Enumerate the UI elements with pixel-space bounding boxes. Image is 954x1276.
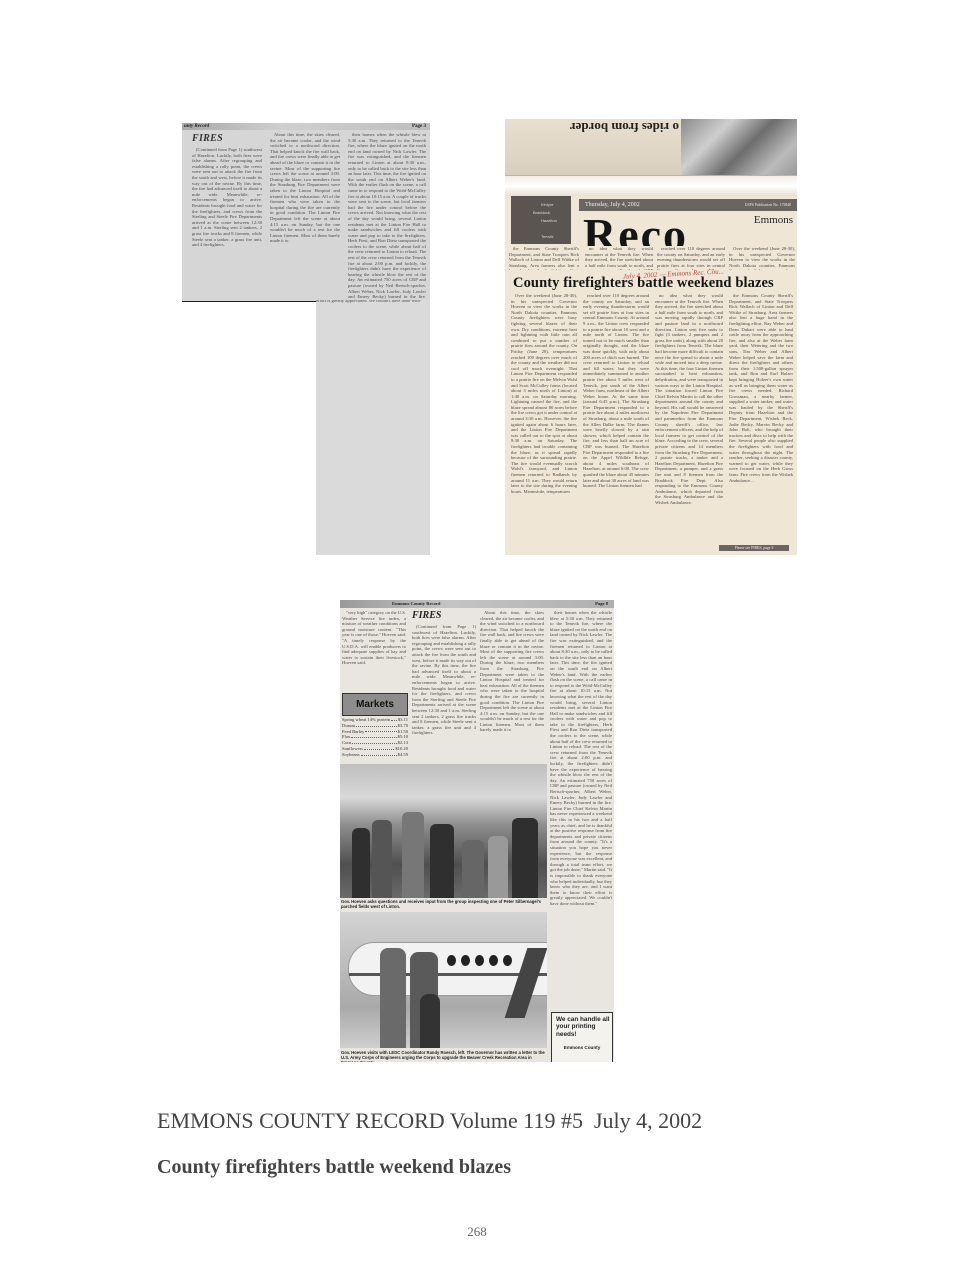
clipping-3-section-title: FIRES [412, 610, 441, 621]
clipping-1-column-2: About this time, the skies cleared, the … [270, 132, 340, 297]
clipping-2-column-1: Over the weekend (June 28-30), in his un… [511, 293, 577, 551]
photo-governor-airplane [340, 912, 547, 1048]
town-label: Temvik [541, 234, 553, 239]
clipping-2-snippet: reached over 110 degrees around the coun… [657, 246, 725, 270]
clipping-1-page-label: Page 3 [412, 123, 426, 130]
clipping-3-column-3: their homes when the whistle blew at 5:3… [550, 610, 612, 1010]
clipping-3-page-label: Page 8 [595, 600, 608, 608]
clipping-2-masthead-big: Reco [583, 212, 688, 246]
clipping-2-upper-folded-page: o rides from border [505, 119, 797, 175]
clipping-2-fold [505, 175, 797, 196]
markets-list: Spring wheat 14% protein$3.11 Durum$3.70… [342, 717, 408, 758]
clipping-1-column-3-continued: their homes when the whistle blew at 5:3… [316, 300, 426, 555]
clipping-2-column-2: reached over 110 degrees around the coun… [583, 293, 649, 551]
clipping-2-map-box: Kintyre Braddock Hazelton Temvik [511, 196, 571, 244]
clipping-2-continued-band: Please see FIRES, page 3 [719, 545, 789, 551]
town-label: Braddock [533, 210, 550, 215]
clipping-2-masthead-word: Emmons [754, 214, 793, 226]
clipping-1-column-3: their homes when the whistle blew at 5:3… [348, 132, 426, 300]
clipping-2-top-photo [681, 119, 797, 175]
town-label: Kintyre [541, 202, 553, 207]
clipping-1-header-left: unty Record [184, 123, 209, 130]
clipping-2-front-page: o rides from border Kintyre Braddock Haz… [505, 119, 797, 555]
clipping-2-inverted-headline: o rides from border [509, 121, 679, 134]
clipping-1-header: unty Record Page 3 [182, 123, 430, 130]
publication-line: EMMONS COUNTY RECORD Volume 119 #5 July … [157, 1108, 702, 1134]
clipping-1-section-title: FIRES [192, 133, 223, 144]
clipping-2-date-band: Thursday, July 4, 2002 USPS Publication … [579, 199, 797, 211]
clipping-2-column-4: the Emmons County Sheriff's Department, … [729, 293, 793, 541]
clipping-2-usps: USPS Publication No. 175840 [745, 199, 791, 211]
clipping-3-column-2: About this time, the skies cleared, the … [480, 610, 544, 762]
clipping-2-column-3: no idea what they would encounter at the… [655, 293, 723, 551]
clipping-3-column-1: (Continued from Page 1) southwest of Haz… [412, 624, 476, 762]
clipping-3-header-title: Emmons County Record [392, 600, 441, 608]
printing-ad: We can handle all your printing needs! E… [551, 1012, 613, 1062]
clipping-2-snippet: the Emmons County Sheriff's Department, … [509, 246, 579, 270]
printing-ad-sub: Emmons County [552, 1045, 612, 1051]
markets-heading: Markets [342, 693, 408, 716]
photo-1-caption: Gov. Hoeven asks questions and receives … [341, 899, 547, 909]
photo-2-caption: Gov. Hoeven visits with LEDC Coordinator… [341, 1050, 547, 1062]
clipping-1-column-1: (Continued from Page 1) southwest of Haz… [192, 147, 262, 297]
printing-ad-text: We can handle all your printing needs! [556, 1016, 610, 1038]
clipping-2-snippet: no idea what they would encounter at the… [585, 246, 653, 270]
clipping-3-header: Emmons County Record Page 8 [340, 600, 614, 608]
town-label: Hazelton [541, 218, 557, 223]
clipping-1-right-column: their homes when the whistle blew at 5:3… [316, 300, 430, 555]
article-title: County firefighters battle weekend blaze… [157, 1156, 511, 1179]
clipping-3-left-column: "very high" category on the U.S. Weather… [342, 610, 406, 690]
clipping-3-page-8: Emmons County Record Page 8 "very high" … [340, 600, 614, 1062]
clipping-1-top: unty Record Page 3 FIRES (Continued from… [182, 123, 430, 302]
page-number: 268 [0, 1224, 954, 1240]
market-row: Soybeans$4.59 [342, 752, 408, 758]
clipping-2-date: Thursday, July 4, 2002 [585, 199, 640, 211]
clipping-2-snippet: Over the weekend (June 28-30), in his un… [729, 246, 795, 270]
photo-governor-field-inspection [340, 764, 547, 898]
